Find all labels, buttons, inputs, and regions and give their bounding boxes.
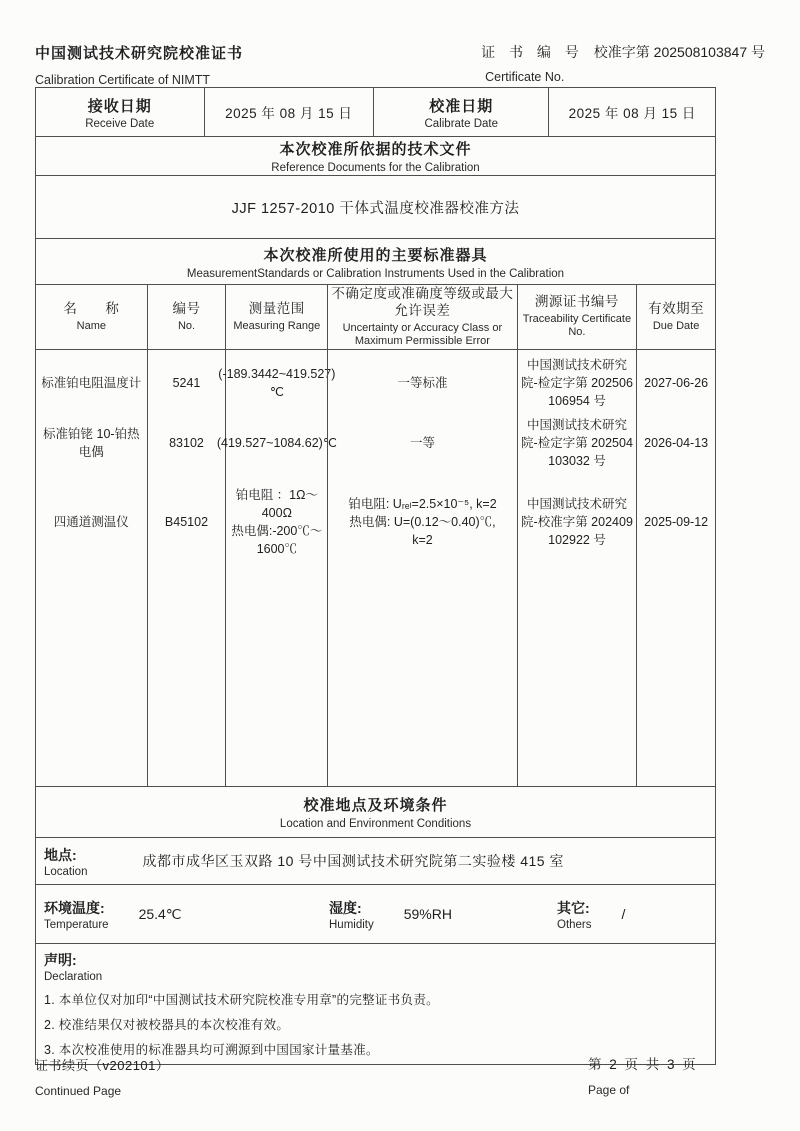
- col-header-no: 编号 No.: [147, 285, 226, 349]
- cell-uncertainty-2: 一等: [328, 416, 516, 470]
- standards-table-body: 标准铂电阻温度计 标准铂铑 10-铂热电偶 四通道测温仪 5241 83102 …: [36, 350, 715, 786]
- cell-uncertainty-1: 一等标准: [328, 350, 516, 416]
- location-section-title-zh: 校准地点及环境条件: [303, 794, 447, 815]
- col-header-uncertainty-zh: 不确定度或准确度等级或最大允许误差: [330, 286, 514, 320]
- header-left: 中国测试技术研究院校准证书 Calibration Certificate of…: [35, 42, 243, 87]
- page-number-en: Page of: [588, 1083, 698, 1097]
- column-no: 5241 83102 B45102: [147, 350, 226, 786]
- declaration-item-1: 1. 本单位仅对加印“中国测试技术研究院校准专用章”的完整证书负责。: [44, 990, 715, 1008]
- col-header-due-en: Due Date: [653, 320, 699, 333]
- location-label-en: Location: [44, 866, 87, 878]
- continued-page-zh: 证书续页（v202101）: [35, 1055, 169, 1074]
- cell-traceability-1: 中国测试技术研究院-检定字第 202506106954 号: [518, 350, 637, 416]
- col-header-due-zh: 有效期至: [648, 301, 704, 318]
- cell-no-2: 83102: [148, 416, 226, 470]
- cell-due-1: 2027-06-26: [637, 350, 715, 416]
- col-header-range: 测量范围 Measuring Range: [225, 285, 327, 349]
- declaration-box: 声明: Declaration 1. 本单位仅对加印“中国测试技术研究院校准专用…: [35, 943, 716, 1065]
- column-range: (-189.3442~419.527) ℃ (419.527~1084.62)℃…: [225, 350, 327, 786]
- title-en: Calibration Certificate of NIMTT: [35, 73, 243, 87]
- location-section-title-en: Location and Environment Conditions: [280, 818, 471, 830]
- calibration-certificate-page: 中国测试技术研究院校准证书 Calibration Certificate of…: [0, 0, 800, 1131]
- col-header-range-zh: 测量范围: [249, 301, 305, 318]
- humidity-value: 59%RH: [404, 906, 452, 922]
- standards-section-header: 本次校准所使用的主要标准器具 MeasurementStandards or C…: [35, 238, 716, 285]
- col-header-traceability: 溯源证书编号 Traceability Certificate No.: [517, 285, 637, 349]
- col-header-name: 名 称 Name: [36, 285, 147, 349]
- declaration-title-en: Declaration: [44, 971, 715, 983]
- column-due: 2027-06-26 2026-04-13 2025-09-12: [636, 350, 715, 786]
- certificate-number-label-zh: 证 书 编 号: [481, 44, 584, 60]
- standards-section-title-zh: 本次校准所使用的主要标准器具: [263, 244, 487, 265]
- environment-row: 环境温度: Temperature 25.4℃ 湿度: Humidity 59%…: [35, 884, 716, 944]
- location-label-zh: 地点:: [44, 845, 87, 865]
- location-row: 地点: Location 成都市成华区玉双路 10 号中国测试技术研究院第二实验…: [35, 837, 716, 885]
- cell-uncertainty-3: 铂电阻: Uᵣₑₗ=2.5×10⁻⁵, k=2 热电偶: U=(0.12～0.4…: [328, 470, 516, 574]
- humidity-label-zh: 湿度:: [329, 898, 374, 918]
- col-header-range-en: Measuring Range: [233, 320, 320, 333]
- humidity-group: 湿度: Humidity 59%RH: [329, 898, 557, 931]
- location-label: 地点: Location: [44, 845, 87, 878]
- others-label-en: Others: [557, 919, 592, 931]
- cell-due-3: 2025-09-12: [637, 470, 715, 574]
- calibrate-date-label-zh: 校准日期: [429, 95, 493, 116]
- col-header-due: 有效期至 Due Date: [636, 285, 715, 349]
- cell-due-2: 2026-04-13: [637, 416, 715, 470]
- footer-page-number: 第 2 页 共 3 页 Page of: [588, 1053, 698, 1097]
- date-table: 接收日期 Receive Date 2025 年 08 月 15 日 校准日期 …: [35, 87, 716, 137]
- temperature-value: 25.4℃: [139, 906, 182, 923]
- receive-date-label-zh: 接收日期: [88, 95, 152, 116]
- calibrate-date-label-cell: 校准日期 Calibrate Date: [373, 88, 548, 136]
- column-traceability: 中国测试技术研究院-检定字第 202506106954 号 中国测试技术研究院-…: [517, 350, 637, 786]
- declaration-item-2: 2. 校准结果仅对被校器具的本次校准有效。: [44, 1015, 715, 1033]
- receive-date-value: 2025 年 08 月 15 日: [225, 102, 352, 122]
- reference-document-text: JJF 1257-2010 干体式温度校准器校准方法: [35, 175, 716, 239]
- column-uncertainty: 一等标准 一等 铂电阻: Uᵣₑₗ=2.5×10⁻⁵, k=2 热电偶: U=(…: [327, 350, 516, 786]
- certificate-number-line: 证 书 编 号校准字第 202508103847 号: [481, 42, 765, 62]
- reference-section-title-zh: 本次校准所依据的技术文件: [279, 138, 471, 159]
- cell-range-2: (419.527~1084.62)℃: [226, 416, 327, 470]
- cell-no-3: B45102: [148, 470, 226, 574]
- standards-table: 名 称 Name 编号 No. 测量范围 Measuring Range 不确定…: [35, 284, 716, 787]
- receive-date-value-cell: 2025 年 08 月 15 日: [204, 88, 374, 136]
- location-value: 成都市成华区玉双路 10 号中国测试技术研究院第二实验楼 415 室: [142, 851, 564, 871]
- temperature-label-zh: 环境温度:: [44, 898, 109, 918]
- declaration-title-zh: 声明:: [44, 950, 715, 970]
- cell-name-1: 标准铂电阻温度计: [36, 350, 147, 416]
- cell-traceability-3: 中国测试技术研究院-校准字第 202409102922 号: [518, 470, 637, 574]
- others-group: 其它: Others /: [557, 898, 625, 931]
- standards-section-title-en: MeasurementStandards or Calibration Inst…: [187, 268, 564, 280]
- cell-no-1: 5241: [148, 350, 226, 416]
- certificate-body: 接收日期 Receive Date 2025 年 08 月 15 日 校准日期 …: [35, 88, 716, 1065]
- reference-section-title-en: Reference Documents for the Calibration: [271, 162, 479, 174]
- header-right: 证 书 编 号校准字第 202508103847 号 Certificate N…: [481, 42, 765, 87]
- humidity-label-en: Humidity: [329, 919, 374, 931]
- others-label: 其它: Others: [557, 898, 592, 931]
- footer-continued: 证书续页（v202101） Continued Page: [35, 1055, 169, 1098]
- certificate-number-label-en: Certificate No.: [485, 70, 765, 84]
- header: 中国测试技术研究院校准证书 Calibration Certificate of…: [35, 42, 765, 87]
- calibrate-date-label-en: Calibrate Date: [424, 118, 498, 130]
- continued-page-en: Continued Page: [35, 1084, 169, 1098]
- standards-table-header-row: 名 称 Name 编号 No. 测量范围 Measuring Range 不确定…: [36, 285, 715, 350]
- page-number-zh: 第 2 页 共 3 页: [588, 1053, 698, 1073]
- location-section-header: 校准地点及环境条件 Location and Environment Condi…: [35, 786, 716, 838]
- calibrate-date-value: 2025 年 08 月 15 日: [569, 102, 696, 122]
- cell-traceability-2: 中国测试技术研究院-检定字第 202504103032 号: [518, 416, 637, 470]
- col-header-traceability-zh: 溯源证书编号: [535, 294, 619, 311]
- col-header-name-en: Name: [77, 320, 106, 333]
- temperature-label: 环境温度: Temperature: [44, 898, 109, 931]
- cell-name-2: 标准铂铑 10-铂热电偶: [36, 416, 147, 470]
- column-name: 标准铂电阻温度计 标准铂铑 10-铂热电偶 四通道测温仪: [36, 350, 147, 786]
- cell-range-1: (-189.3442~419.527) ℃: [226, 350, 327, 416]
- col-header-no-zh: 编号: [173, 301, 201, 318]
- receive-date-label-cell: 接收日期 Receive Date: [36, 88, 204, 136]
- title-zh: 中国测试技术研究院校准证书: [35, 42, 243, 63]
- temperature-group: 环境温度: Temperature 25.4℃: [44, 898, 329, 931]
- col-header-traceability-en: Traceability Certificate No.: [520, 313, 635, 339]
- col-header-uncertainty: 不确定度或准确度等级或最大允许误差 Uncertainty or Accurac…: [327, 285, 516, 349]
- receive-date-label-en: Receive Date: [85, 118, 154, 130]
- col-header-name-zh: 名 称: [63, 301, 119, 318]
- cell-range-3: 铂电阻 ：1Ω～400Ω 热电偶:-200℃～1600℃: [226, 470, 327, 574]
- certificate-number-value: 校准字第 202508103847 号: [594, 44, 765, 60]
- cell-name-3: 四通道测温仪: [36, 470, 147, 574]
- col-header-uncertainty-en: Uncertainty or Accuracy Class or Maximum…: [330, 322, 514, 348]
- col-header-no-en: No.: [178, 320, 195, 333]
- others-value: /: [622, 906, 626, 922]
- humidity-label: 湿度: Humidity: [329, 898, 374, 931]
- reference-section-header: 本次校准所依据的技术文件 Reference Documents for the…: [35, 136, 716, 176]
- others-label-zh: 其它:: [557, 898, 592, 918]
- temperature-label-en: Temperature: [44, 919, 109, 931]
- calibrate-date-value-cell: 2025 年 08 月 15 日: [548, 88, 715, 136]
